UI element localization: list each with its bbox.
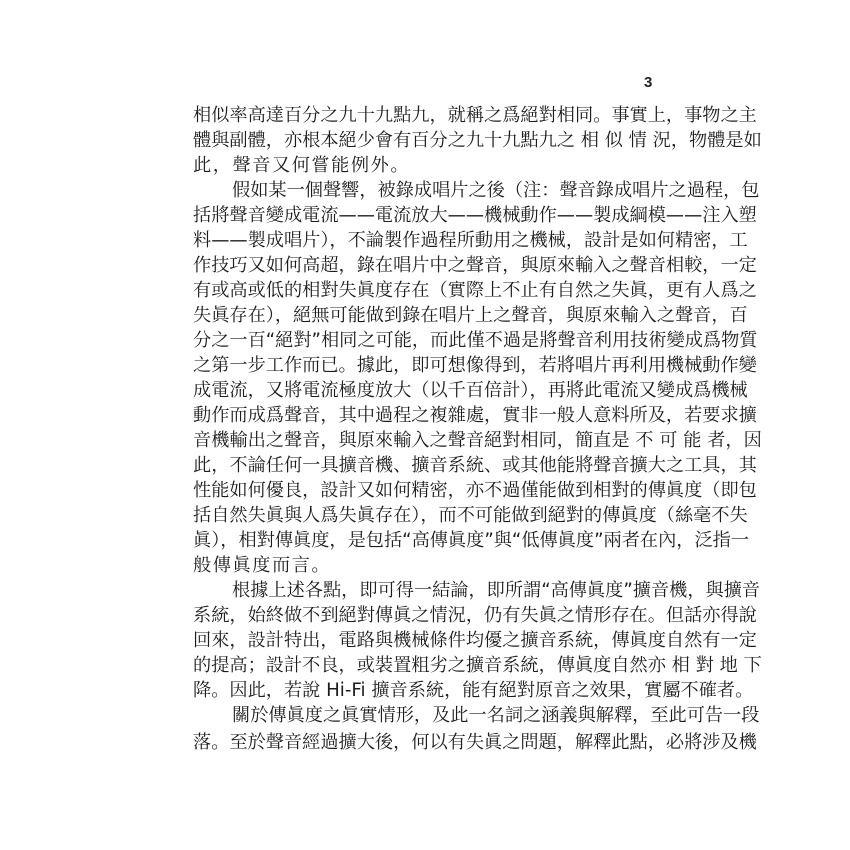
text-line: 音機輸出之聲音，與原來輸入之聲音絕對相同，簡直是 不 可 能 者，因 [193,428,669,453]
page-number: 3 [644,74,652,91]
paragraph-start-line: 假如某一個聲響，被錄成唱片之後（注：聲音錄成唱片之過程，包 [193,178,669,203]
text-line: 料——製成唱片），不論製作過程所動用之機械，設計是如何精密，工 [193,228,669,253]
text-line: 之第一步工作而已。據此，即可想像得到，若將唱片再利用機械動作變 [193,353,669,378]
text-line: 相似率高達百分之九十九點九，就稱之爲絕對相同。事實上，事物之主 [193,103,669,128]
text-line: 的提高；設計不良，或裝置粗劣之擴音系統，傳眞度自然亦 相 對 地 下 [193,653,669,678]
paragraph-start-line: 根據上述各點，即可得一結論，即所謂“高傳眞度”擴音機，與擴音 [193,578,669,603]
document-page: 3 相似率高達百分之九十九點九，就稱之爲絕對相同。事實上，事物之主 體與副體，亦… [0,0,850,850]
text-line: 失眞存在），絕無可能做到錄在唱片上之聲音，與原來輸入之聲音，百 [193,303,669,328]
text-line: 有或高或低的相對失眞度存在（實際上不止有自然之失眞，更有人爲之 [193,278,669,303]
text-line: 降。因此，若說 Hi-Fi 擴音系統，能有絕對原音之效果，實屬不確者。 [193,678,669,703]
text-line: 系統，始終做不到絕對傳眞之情況，仍有失眞之情形存在。但話亦得說 [193,603,669,628]
text-line: 體與副體，亦根本絕少會有百分之九十九點九之 相 似 情 況，物體是如 [193,128,669,153]
text-line: 此，聲音又何嘗能例外。 [193,153,669,178]
text-line: 般傳眞度而言。 [193,553,669,578]
text-line: 作技巧又如何高超，錄在唱片中之聲音，與原來輸入之聲音相較，一定 [193,253,669,278]
text-line: 成電流，又將電流極度放大（以千百倍計），再將此電流又變成爲機械 [193,378,669,403]
text-line: 眞），相對傳眞度，是包括“高傳眞度”與“低傳眞度”兩者在內，泛指一 [193,528,669,553]
text-line: 落。至於聲音經過擴大後，何以有失眞之問題，解釋此點，必將涉及機 [193,730,669,755]
text-line: 括將聲音變成電流——電流放大——機械動作——製成綱模——注入塑 [193,203,669,228]
paragraph-start-line: 關於傳眞度之眞實情形，及此一名詞之涵義與解釋，至此可告一段 [193,703,669,728]
body-text: 相似率高達百分之九十九點九，就稱之爲絕對相同。事實上，事物之主 體與副體，亦根本… [193,103,669,755]
text-line: 分之一百“絕對”相同之可能，而此僅不過是將聲音利用技術變成爲物質 [193,328,669,353]
text-line: 此，不論任何一具擴音機、擴音系統、或其他能將聲音擴大之工具，其 [193,453,669,478]
text-line: 回來，設計特出，電路與機械條件均優之擴音系統，傳眞度自然有一定 [193,628,669,653]
text-line: 性能如何優良，設計又如何精密，亦不過僅能做到相對的傳眞度（即包 [193,478,669,503]
text-line: 括自然失眞與人爲失眞存在），而不可能做到絕對的傳眞度（絲毫不失 [193,503,669,528]
text-line: 動作而成爲聲音，其中過程之複雜處，實非一般人意料所及，若要求擴 [193,403,669,428]
